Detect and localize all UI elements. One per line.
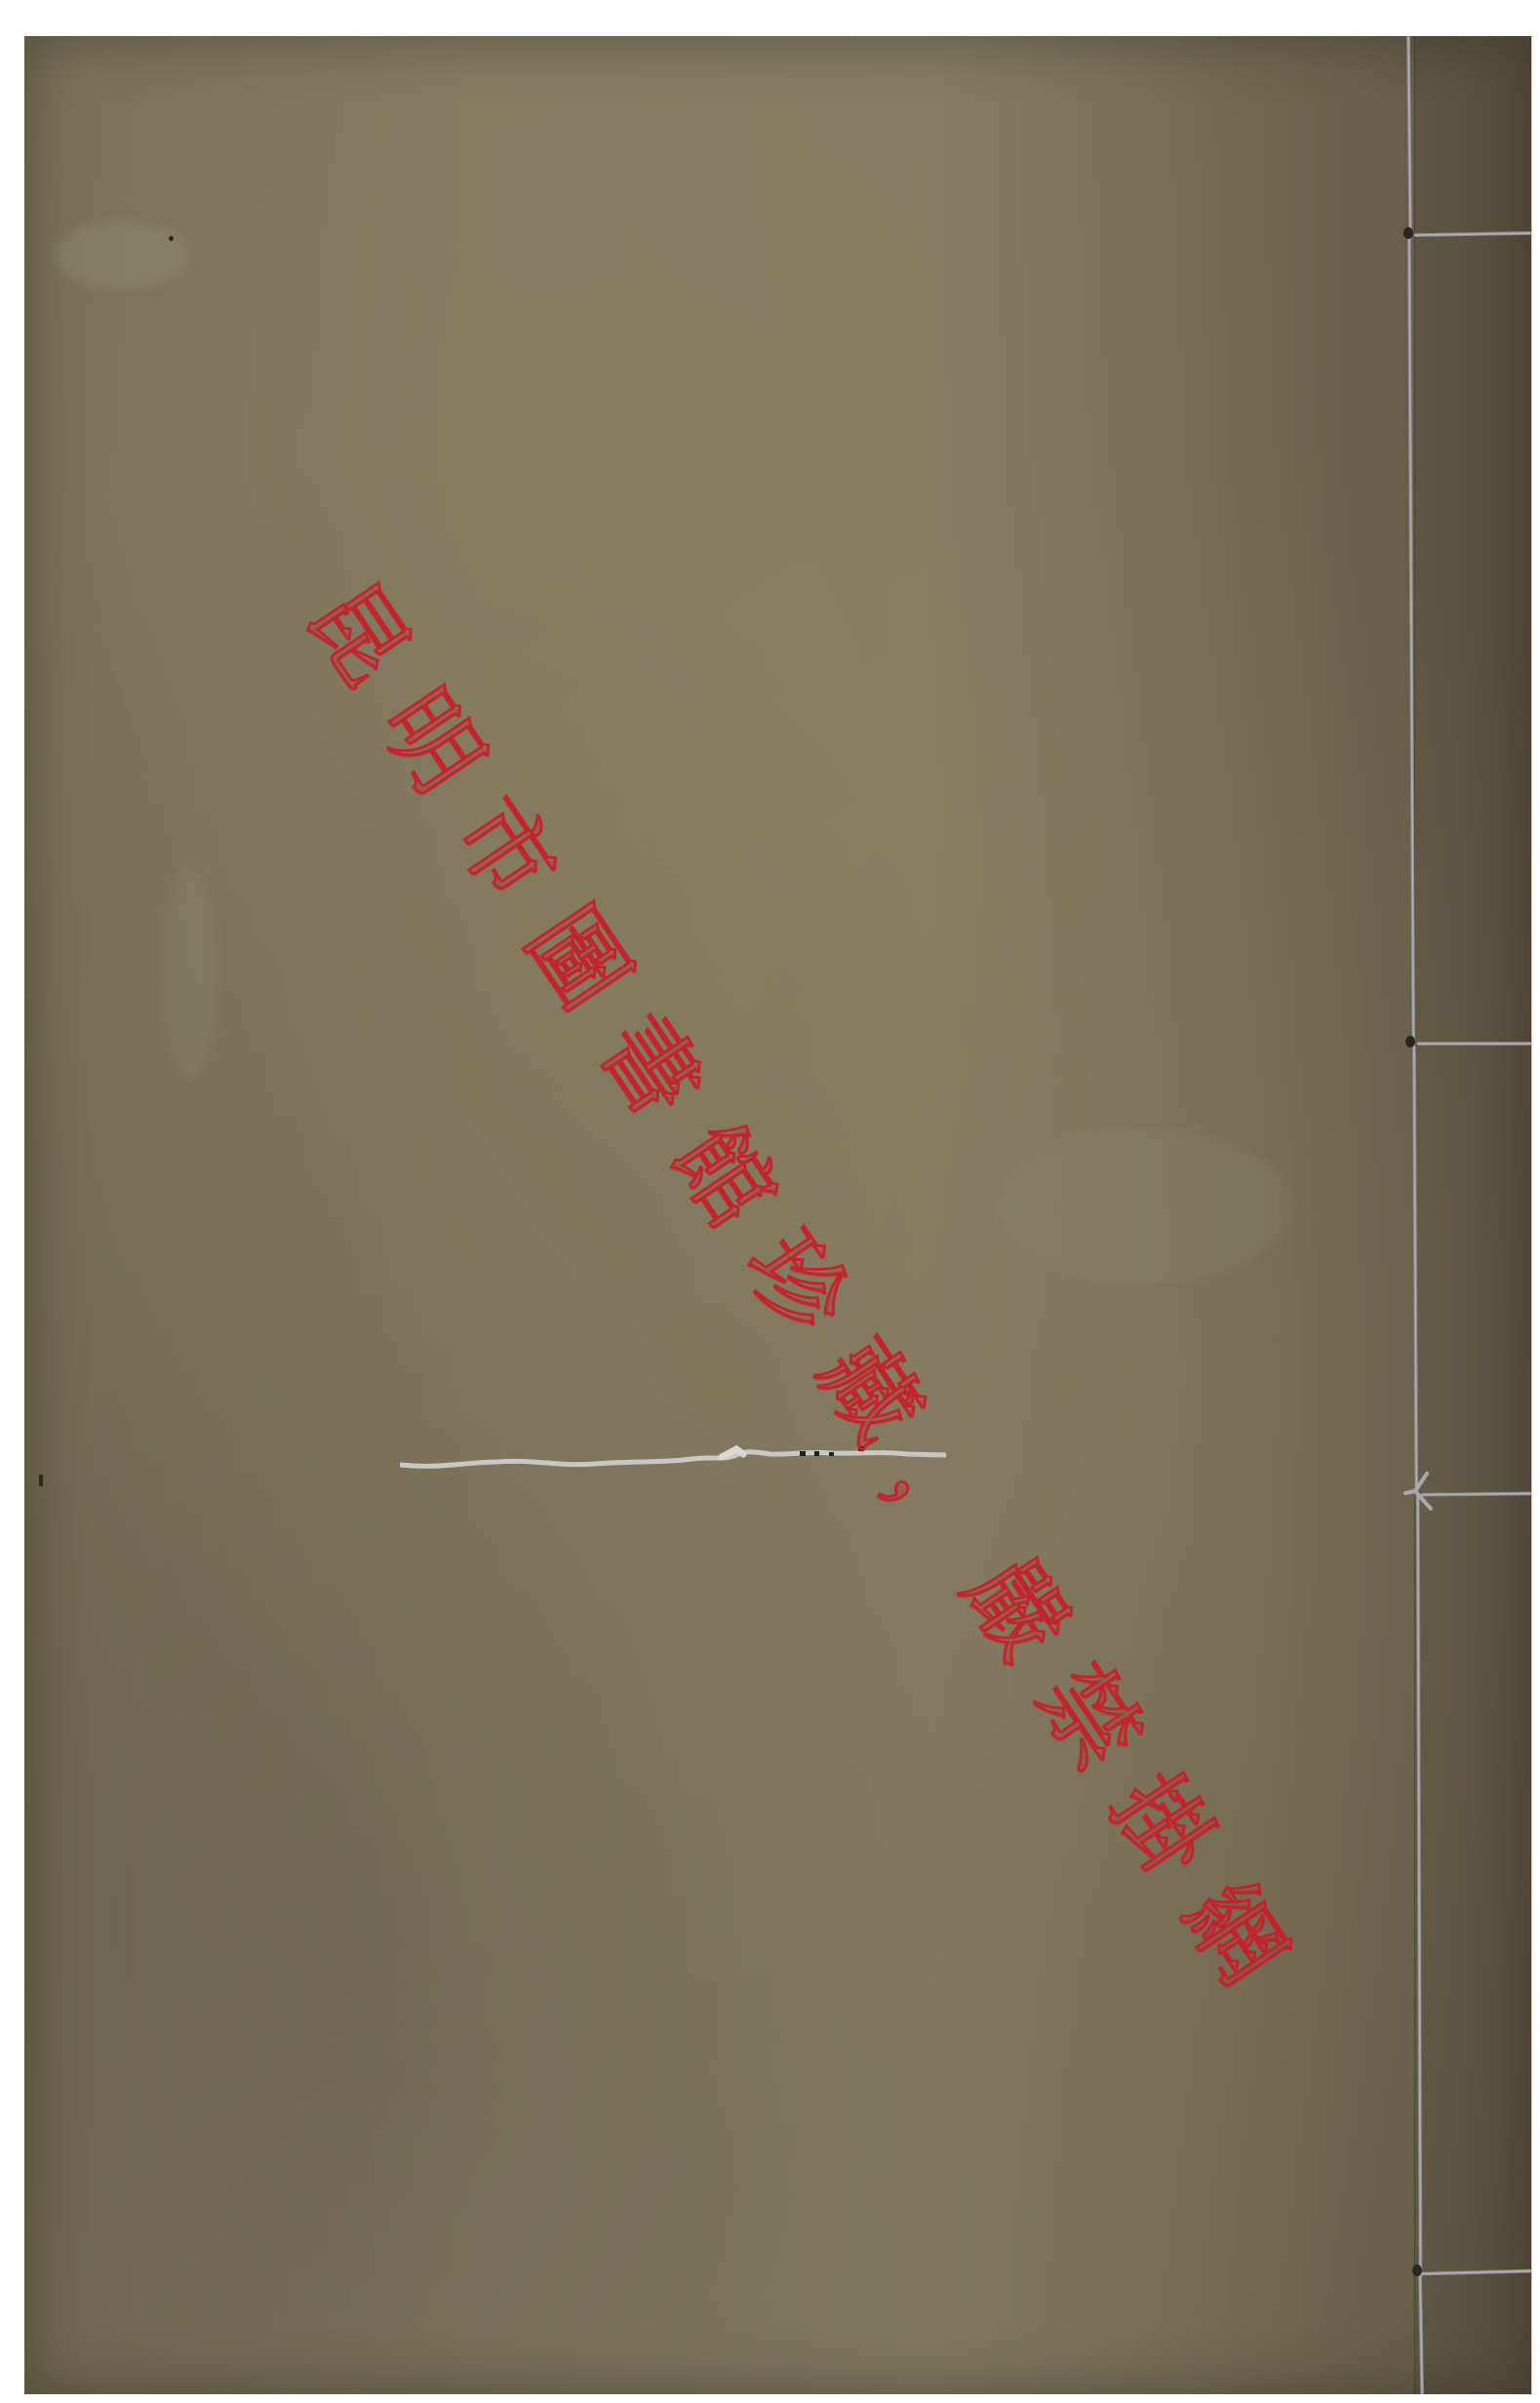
paper-stain	[161, 865, 219, 1080]
binding-thread	[1406, 36, 1412, 231]
binding-knot	[1412, 2265, 1422, 2276]
spine-fold	[1414, 36, 1532, 2394]
binding-tie-knot	[1398, 1470, 1437, 1518]
paper-stain	[54, 221, 190, 290]
binding-knot	[1405, 1036, 1415, 1047]
binding-stitch	[1417, 1042, 1531, 1045]
paper-speck	[169, 236, 174, 241]
paper-stain	[1000, 1128, 1292, 1284]
binding-knot	[1403, 227, 1413, 239]
paper-speck	[39, 1475, 43, 1486]
